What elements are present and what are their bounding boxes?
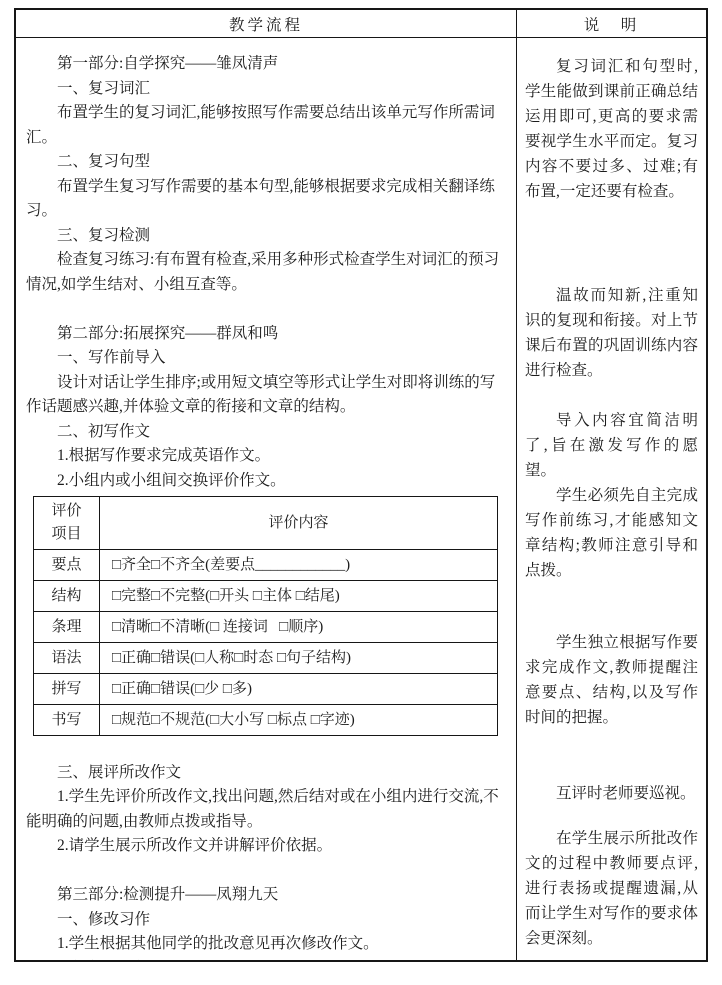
paragraph: 一、修改习作 <box>26 908 505 933</box>
paragraph: 布置学生的复习词汇,能够按照写作需要总结出该单元写作所需词汇。 <box>26 101 505 150</box>
section-heading: 第三部分:检测提升——凤翔九天 <box>26 883 505 908</box>
section-heading: 第一部分:自学探究——雏凤清声 <box>26 52 505 77</box>
lesson-plan-page: 教学流程 第一部分:自学探究——雏凤清声一、复习词汇布置学生的复习词汇,能够按照… <box>14 8 708 962</box>
paragraph: 二、初写作文 <box>26 420 505 445</box>
eval-item-checkboxes: □齐全□不齐全(差要点____________) <box>100 550 498 581</box>
eval-item-checkboxes: □完整□不完整(□开头 □主体 □结尾) <box>100 581 498 612</box>
eval-item-checkboxes: □规范□不规范(□大小写 □标点 □字迹) <box>100 705 498 736</box>
eval-item-checkboxes: □清晰□不清晰(□ 连接词 □顺序) <box>100 612 498 643</box>
teaching-process-header: 教学流程 <box>16 10 516 38</box>
paragraph: 设计对话让学生排序;或用短文填空等形式让学生对即将训练的写作话题感兴趣,并体验文… <box>26 371 505 420</box>
eval-table-header-row: 评价 项目评价内容 <box>34 497 498 550</box>
eval-item-label: 语法 <box>34 643 100 674</box>
eval-table-row: 条理□清晰□不清晰(□ 连接词 □顺序) <box>34 612 498 643</box>
paragraph: 检查复习练习:有布置有检查,采用多种形式检查学生对词汇的预习情况,如学生结对、小… <box>26 248 505 297</box>
paragraph: 2.小组内或小组间交换评价作文。 <box>26 469 505 494</box>
eval-header-item: 评价 项目 <box>34 497 100 550</box>
note-paragraph: 互评时老师要巡视。 <box>525 781 698 806</box>
eval-table-row: 要点□齐全□不齐全(差要点____________) <box>34 550 498 581</box>
evaluation-table: 评价 项目评价内容要点□齐全□不齐全(差要点____________)结构□完整… <box>33 496 498 736</box>
notes-body: 复习词汇和句型时,学生能做到课前正确总结运用即可,更高的要求需要视学生水平而定。… <box>517 38 706 960</box>
eval-item-checkboxes: □正确□错误(□人称□时态 □句子结构) <box>100 643 498 674</box>
paragraph: 2.请学生展示所改作文并讲解评价依据。 <box>26 834 505 859</box>
paragraph: 三、复习检测 <box>26 224 505 249</box>
section-heading: 第二部分:拓展探究——群凤和鸣 <box>26 322 505 347</box>
paragraph: 1.学生根据其他同学的批改意见再次修改作文。 <box>26 932 505 957</box>
note-paragraph: 在学生展示所批改作文的过程中教师要点评,进行表扬或提醒遗漏,从而让学生对写作的要… <box>525 826 698 951</box>
paragraph: 布置学生复习写作需要的基本句型,能够根据要求完成相关翻译练习。 <box>26 175 505 224</box>
paragraph: 一、复习词汇 <box>26 77 505 102</box>
eval-item-checkboxes: □正确□错误(□少 □多) <box>100 674 498 705</box>
note-paragraph: 温故而知新,注重知识的复现和衔接。对上节课后布置的巩固训练内容进行检查。 <box>525 283 698 383</box>
paragraph: 1.学生先评价所改作文,找出问题,然后结对或在小组内进行交流,不能明确的问题,由… <box>26 785 505 834</box>
note-paragraph: 复习词汇和句型时,学生能做到课前正确总结运用即可,更高的要求需要视学生水平而定。… <box>525 54 698 204</box>
notes-column: 说 明 复习词汇和句型时,学生能做到课前正确总结运用即可,更高的要求需要视学生水… <box>517 10 706 960</box>
eval-item-label: 要点 <box>34 550 100 581</box>
eval-table-row: 拼写□正确□错误(□少 □多) <box>34 674 498 705</box>
paragraph: 一、写作前导入 <box>26 346 505 371</box>
eval-table-row: 语法□正确□错误(□人称□时态 □句子结构) <box>34 643 498 674</box>
note-paragraph: 学生独立根据写作要求完成作文,教师提醒注意要点、结构,以及写作时间的把握。 <box>525 630 698 730</box>
eval-item-label: 书写 <box>34 705 100 736</box>
teaching-process-column: 教学流程 第一部分:自学探究——雏凤清声一、复习词汇布置学生的复习词汇,能够按照… <box>16 10 517 960</box>
paragraph: 三、展评所改作文 <box>26 761 505 786</box>
eval-table-row: 结构□完整□不完整(□开头 □主体 □结尾) <box>34 581 498 612</box>
eval-item-label: 结构 <box>34 581 100 612</box>
eval-header-content: 评价内容 <box>100 497 498 550</box>
eval-item-label: 条理 <box>34 612 100 643</box>
note-paragraph: 导入内容宜简洁明了,旨在激发写作的愿望。 <box>525 408 698 483</box>
notes-header: 说 明 <box>517 10 706 38</box>
eval-table-row: 书写□规范□不规范(□大小写 □标点 □字迹) <box>34 705 498 736</box>
paragraph: 二、复习句型 <box>26 150 505 175</box>
teaching-process-body: 第一部分:自学探究——雏凤清声一、复习词汇布置学生的复习词汇,能够按照写作需要总… <box>16 38 516 960</box>
note-paragraph: 学生必须先自主完成写作前练习,才能感知文章结构;教师注意引导和点拨。 <box>525 483 698 583</box>
eval-item-label: 拼写 <box>34 674 100 705</box>
paragraph: 1.根据写作要求完成英语作文。 <box>26 444 505 469</box>
paragraph: 2.完成后再次展评。 <box>26 957 505 961</box>
